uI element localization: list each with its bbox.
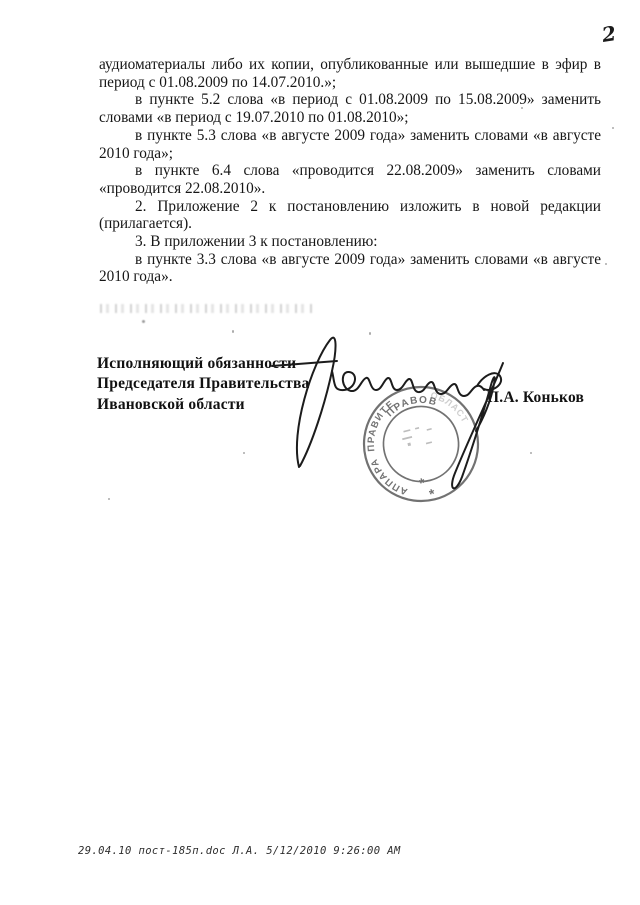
signature-title-line: Ивановской области — [97, 395, 310, 415]
stamp-center-marks — [400, 424, 435, 450]
paragraph: в пункте 5.3 слова «в августе 2009 года»… — [99, 127, 601, 162]
document-page: 2 аудиоматериалы либо их копии, опублико… — [0, 0, 640, 905]
body-text: аудиоматериалы либо их копии, опубликова… — [99, 56, 601, 286]
signature-title: Исполняющий обязанности Председателя Пра… — [97, 354, 310, 415]
paragraph: в пункте 6.4 слова «проводится 22.08.200… — [99, 162, 601, 197]
scan-speck — [142, 320, 145, 323]
footer-file-info: 29.04.10 пост-185п.doc Л.А. 5/12/2010 9:… — [78, 845, 401, 857]
scan-speck — [605, 263, 607, 265]
erased-text-smudge — [100, 304, 314, 313]
page-number: 2 — [600, 21, 618, 47]
scan-speck — [612, 127, 614, 129]
paragraph: аудиоматериалы либо их копии, опубликова… — [99, 56, 601, 91]
paragraph: в пункте 3.3 слова «в августе 2009 года»… — [99, 251, 601, 286]
paragraph: в пункте 5.2 слова «в период с 01.08.200… — [99, 91, 601, 126]
scan-speck — [369, 332, 371, 335]
scan-speck — [530, 452, 532, 454]
signature-title-line: Исполняющий обязанности — [97, 354, 310, 374]
signer-name: П.А. Коньков — [487, 389, 584, 407]
scan-speck — [232, 330, 234, 333]
scan-speck — [243, 452, 245, 454]
paragraph: 2. Приложение 2 к постановлению изложить… — [99, 198, 601, 233]
scan-speck — [108, 498, 110, 500]
stamp-asterisk: * — [418, 474, 428, 491]
paragraph: 3. В приложении 3 к постановлению: — [99, 233, 601, 251]
stamp-asterisk: * — [428, 485, 438, 502]
signature-title-line: Председателя Правительства — [97, 374, 310, 394]
scan-speck — [521, 107, 523, 109]
